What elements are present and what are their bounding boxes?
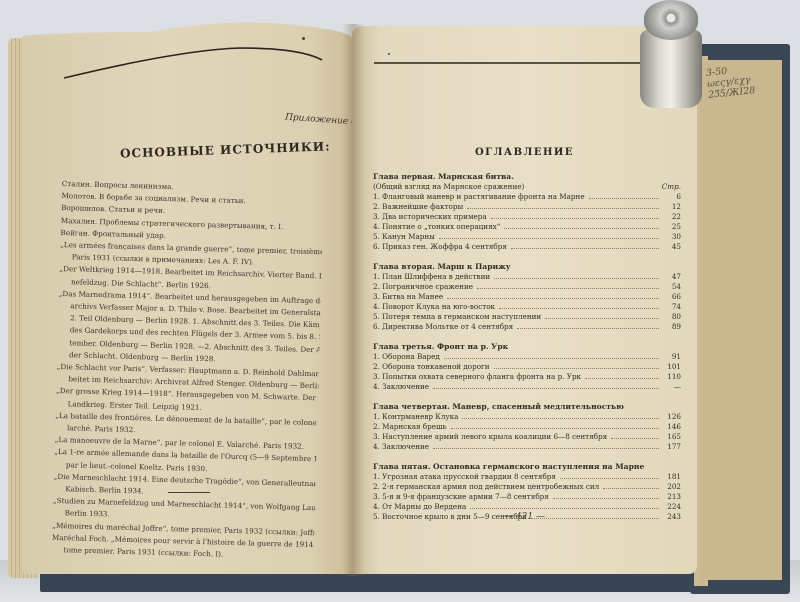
- chapter-title: Глава первая. Марнская битва.: [373, 171, 681, 182]
- toc-entry-label: 1. Оборона Варед: [373, 352, 440, 362]
- toc-entry-label: 1. План Шлиффена в действии: [373, 272, 490, 282]
- toc-entry: 3. Попытки охвата северного фланга фронт…: [373, 372, 681, 382]
- page-number: — 421 —: [352, 512, 697, 522]
- dot-leader: [477, 282, 659, 289]
- toc-entry-label: 1. Контрманевр Клука: [373, 412, 458, 422]
- dot-leader: [560, 472, 659, 479]
- toc-entry-label: 3. Битва на Манее: [373, 292, 443, 302]
- toc-entry: 2. Пограничное сражение54: [373, 282, 681, 292]
- dot-leader: [585, 372, 659, 379]
- toc-entry: 1. Оборона Варед91: [373, 352, 681, 362]
- toc-entry-label: 4. Заключение: [373, 442, 429, 452]
- toc-entry: 4. Заключение—: [373, 382, 681, 392]
- paper-speck: [388, 53, 390, 55]
- chapter-title: Глава четвертая. Маневр, спасенный медли…: [373, 401, 681, 412]
- dot-leader: [603, 482, 659, 489]
- toc-entry-label: 1. Фланговый маневр и растягивание фронт…: [373, 192, 585, 202]
- toc-entry-label: 3. Попытки охвата северного фланга фронт…: [373, 372, 581, 382]
- toc-entry-label: 1. Угрозная атака прусской гвардии 8 сен…: [373, 472, 556, 482]
- toc-entry-page: 25: [663, 222, 681, 232]
- toc-entry-label: 2. 2-я германская армия под действием це…: [373, 482, 599, 492]
- dot-leader: [444, 352, 659, 359]
- toc-entry-label: 2. Пограничное сражение: [373, 282, 473, 292]
- chapter-title: Глава пятая. Остановка германского насту…: [373, 461, 681, 472]
- toc-entry-page: 80: [663, 312, 681, 322]
- toc-entry: 2. 2-я германская армия под действием це…: [373, 482, 681, 492]
- endpaper: [700, 60, 782, 580]
- toc-entry-page: 101: [663, 362, 681, 372]
- toc-entry-page: 45: [663, 242, 681, 252]
- weight-top: [644, 0, 698, 40]
- toc-entry-page: 202: [663, 482, 681, 492]
- toc-entry-page: 126: [663, 412, 681, 422]
- dot-leader: [447, 292, 659, 299]
- chapter-subtitle-text: (Общий взгляд на Марнское сражение): [373, 182, 524, 192]
- toc-entry-label: 4. Понятие о „тонких операциях“: [373, 222, 500, 232]
- toc-entry: 2. Оборона тонкавеной дороги101: [373, 362, 681, 372]
- dot-leader: [439, 232, 659, 239]
- spine-gutter: [342, 24, 364, 576]
- dot-leader: [499, 302, 659, 309]
- toc-entry-label: 6. Приказ ген. Жоффра 4 сентября: [373, 242, 507, 252]
- toc-entry-page: 165: [663, 432, 681, 442]
- toc-entry: 4. Заключение177: [373, 442, 681, 452]
- dot-leader: [589, 192, 659, 199]
- toc-entry: 5. Потеря темпа в германском наступлении…: [373, 312, 681, 322]
- toc-entry: 1. План Шлиффена в действии47: [373, 272, 681, 282]
- dot-leader: [553, 492, 659, 499]
- metal-weight: [640, 0, 702, 108]
- toc-entry-label: 2. Оборона тонкавеной дороги: [373, 362, 490, 372]
- dot-leader: [462, 412, 659, 419]
- toc-entry: 4. Поворот Клука на юго-восток74: [373, 302, 681, 312]
- toc-entry: 6. Приказ ген. Жоффра 4 сентября45: [373, 242, 681, 252]
- chapter-title: Глава третья. Фронт на р. Урк: [373, 341, 681, 352]
- toc-entry-page: 91: [663, 352, 681, 362]
- toc-entry-page: 224: [663, 502, 681, 512]
- toc-entry-label: 5. Потеря темпа в германском наступлении: [373, 312, 541, 322]
- toc-entry: 3. Наступление армий левого крыла коалиц…: [373, 432, 681, 442]
- toc-entry: 4. От Марны до Вердена224: [373, 502, 681, 512]
- toc-entry-label: 6. Директива Мольтке от 4 сентября: [373, 322, 513, 332]
- toc-entry-page: 66: [663, 292, 681, 302]
- toc-entry-label: 4. Поворот Клука на юго-восток: [373, 302, 495, 312]
- toc-entry-label: 5. Канун Марны: [373, 232, 435, 242]
- dot-leader: [467, 202, 659, 209]
- toc-entry-label: 3. Два исторических примера: [373, 212, 487, 222]
- toc-entry: 4. Понятие о „тонких операциях“25: [373, 222, 681, 232]
- toc-entry-label: 3. 5-я и 9-я французские армии 7—8 сентя…: [373, 492, 549, 502]
- toc-entry-page: 47: [663, 272, 681, 282]
- toc-entry-page: 213: [663, 492, 681, 502]
- toc-entry-page: 6: [663, 192, 681, 202]
- dot-leader: [433, 382, 659, 389]
- toc-entry-page: 54: [663, 282, 681, 292]
- toc-entry-page: 181: [663, 472, 681, 482]
- toc-entry-page: 22: [663, 212, 681, 222]
- dot-leader: [611, 432, 659, 439]
- table-of-contents: Глава первая. Марнская битва.(Общий взгл…: [373, 168, 681, 528]
- dot-leader: [451, 422, 659, 429]
- toc-entry: 3. Битва на Манее66: [373, 292, 681, 302]
- dot-leader: [545, 312, 659, 319]
- page-column-label: Стр.: [662, 182, 681, 192]
- dot-leader: [433, 442, 659, 449]
- toc-entry-page: —: [663, 382, 681, 392]
- toc-entry-page: 146: [663, 422, 681, 432]
- sources-list: Сталин. Вопросы ленинизма.Молотов. В бор…: [51, 178, 323, 563]
- toc-title: ОГЛАВЛЕНИЕ: [352, 147, 697, 158]
- toc-entry: 1. Угрозная атака прусской гвардии 8 сен…: [373, 472, 681, 482]
- toc-entry-label: 2. Важнейшие факторы: [373, 202, 463, 212]
- dot-leader: [504, 222, 659, 229]
- toc-entry-page: 177: [663, 442, 681, 452]
- dot-leader: [491, 212, 659, 219]
- header-rule-right: [372, 58, 662, 68]
- dot-leader: [470, 502, 659, 509]
- toc-entry-page: 30: [663, 232, 681, 242]
- toc-entry: 3. 5-я и 9-я французские армии 7—8 сентя…: [373, 492, 681, 502]
- paper-speck: [302, 37, 305, 40]
- toc-entry: 2. Важнейшие факторы12: [373, 202, 681, 212]
- end-rule: [168, 492, 210, 493]
- toc-entry: 3. Два исторических примера22: [373, 212, 681, 222]
- toc-entry: 1. Фланговый маневр и растягивание фронт…: [373, 192, 681, 202]
- dot-leader: [494, 272, 659, 279]
- toc-entry-label: 3. Наступление армий левого крыла коалиц…: [373, 432, 607, 442]
- dot-leader: [494, 362, 659, 369]
- toc-entry-page: 12: [663, 202, 681, 212]
- toc-entry: 1. Контрманевр Клука126: [373, 412, 681, 422]
- chapter-title: Глава вторая. Марш к Парижу: [373, 261, 681, 272]
- toc-entry-label: 4. Заключение: [373, 382, 429, 392]
- weight-body: [640, 30, 702, 108]
- dot-leader: [511, 242, 659, 249]
- toc-entry-page: 74: [663, 302, 681, 312]
- toc-entry-page: 89: [663, 322, 681, 332]
- toc-entry: 5. Канун Марны30: [373, 232, 681, 242]
- chapter-subtitle: (Общий взгляд на Марнское сражение)Стр.: [373, 182, 681, 192]
- toc-entry-label: 2. Марнская брешь: [373, 422, 447, 432]
- toc-entry: 6. Директива Мольтке от 4 сентября89: [373, 322, 681, 332]
- dot-leader: [517, 322, 659, 329]
- toc-entry-label: 4. От Марны до Вердена: [373, 502, 466, 512]
- toc-entry-page: 110: [663, 372, 681, 382]
- header-rule-left: [60, 40, 330, 85]
- toc-entry: 2. Марнская брешь146: [373, 422, 681, 432]
